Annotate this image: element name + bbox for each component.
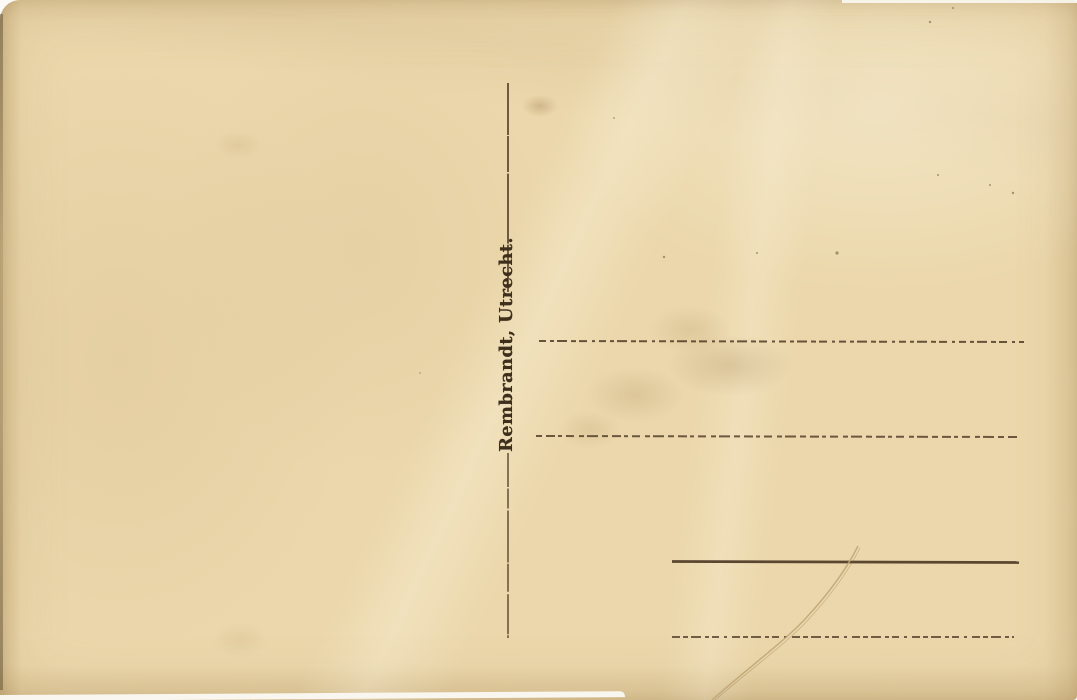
address-dashed-line-1 (539, 341, 1024, 342)
address-solid-line (672, 562, 1019, 563)
publisher-imprint: Rembrandt, Utrecht. (495, 292, 519, 452)
worn-edge-top-right (842, 0, 1077, 3)
postcard-scan: Rembrandt, Utrecht. (0, 0, 1077, 700)
postcard-printed-rules (0, 0, 1077, 700)
paper-crease-shadow (715, 548, 860, 700)
paper-crease-mark (712, 546, 858, 700)
address-dashed-line-2 (536, 436, 1018, 437)
postcard-back: Rembrandt, Utrecht. (0, 0, 1077, 700)
worn-edge-left (0, 14, 3, 690)
